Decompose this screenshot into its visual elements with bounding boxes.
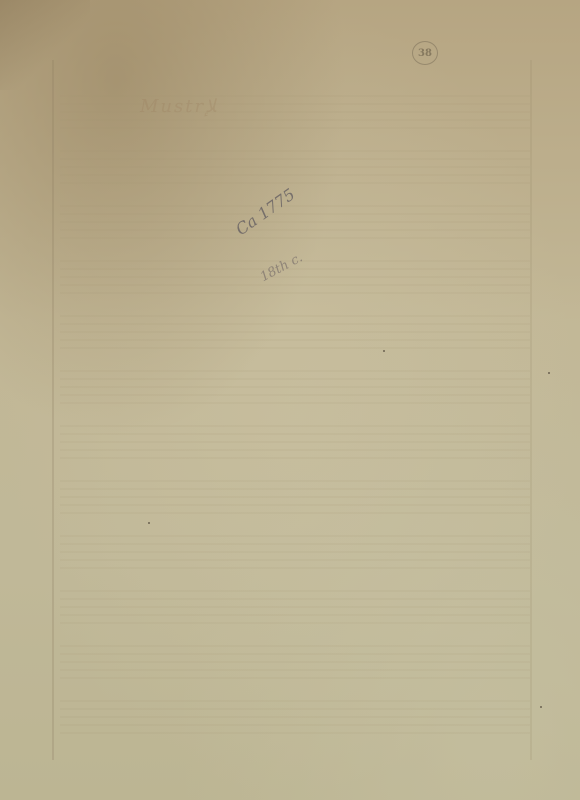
faded-staff: [60, 590, 530, 624]
ink-speck: [148, 522, 150, 524]
faded-staff: [60, 480, 530, 514]
manuscript-page: Mustr⁠ﻺ 38 Ca 1775 18th c.: [0, 0, 580, 800]
folio-number: 38: [412, 41, 438, 65]
left-margin-rule: [52, 60, 54, 760]
faded-staff: [60, 95, 530, 129]
ink-speck: [540, 706, 542, 708]
faded-staff: [60, 205, 530, 239]
faded-staff: [60, 150, 530, 184]
bleed-through-text: Mustr⁠ﻺ: [140, 96, 216, 117]
faded-staff: [60, 645, 530, 679]
right-margin-rule: [530, 60, 532, 760]
faded-staff: [60, 700, 530, 734]
page-fold-shadow: [0, 0, 90, 90]
faded-staff: [60, 370, 530, 404]
ink-speck: [548, 372, 550, 374]
ink-speck: [383, 350, 385, 352]
faded-staff: [60, 315, 530, 349]
faded-staff: [60, 425, 530, 459]
faded-staff: [60, 535, 530, 569]
